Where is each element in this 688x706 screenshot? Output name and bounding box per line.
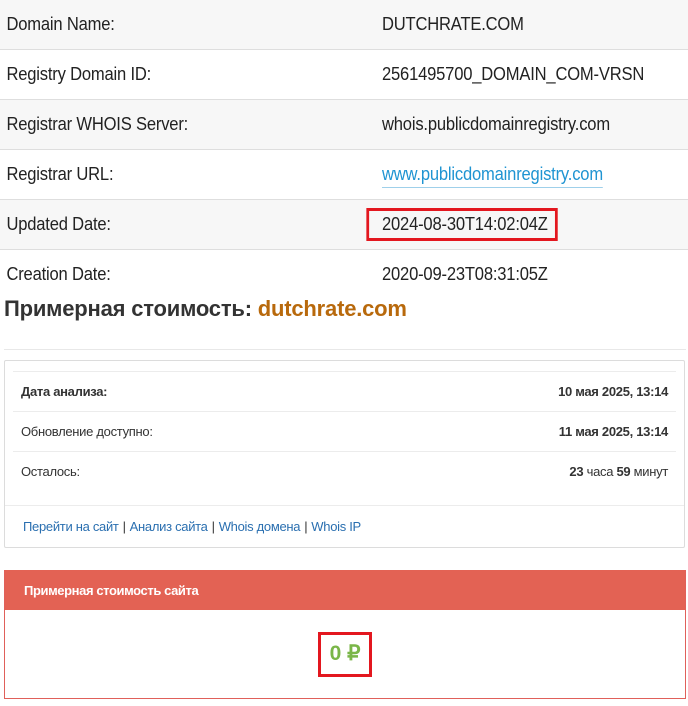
link-whois-domain[interactable]: Whois домена: [219, 519, 301, 534]
link-separator: |: [212, 519, 215, 534]
whois-label: Updated Date:: [0, 214, 351, 235]
analysis-value: 11 мая 2025, 13:14: [559, 424, 668, 439]
whois-label: Domain Name:: [0, 14, 351, 35]
remaining-minutes-unit: минут: [634, 464, 668, 479]
price-card: Примерная стоимость сайта 0 ₽: [4, 570, 686, 699]
analysis-table: Дата анализа: 10 мая 2025, 13:14 Обновле…: [13, 371, 676, 491]
analysis-label: Дата анализа:: [21, 384, 107, 399]
whois-value: 2024-08-30T14:02:04Z: [382, 211, 664, 238]
whois-value: 2020-09-23T08:31:05Z: [382, 264, 664, 285]
link-separator: |: [123, 519, 126, 534]
remaining-minutes: 59: [616, 464, 630, 479]
link-whois-ip[interactable]: Whois IP: [311, 519, 361, 534]
whois-table: Domain Name: DUTCHRATE.COM Registry Doma…: [0, 0, 688, 299]
whois-label: Creation Date:: [0, 264, 351, 285]
analysis-row-remaining: Осталось: 23 часа 59 минут: [13, 452, 676, 491]
whois-row-registry-domain-id: Registry Domain ID: 2561495700_DOMAIN_CO…: [0, 50, 688, 100]
whois-row-domain-name: Domain Name: DUTCHRATE.COM: [0, 0, 688, 50]
whois-row-updated-date: Updated Date: 2024-08-30T14:02:04Z: [0, 200, 688, 250]
title-prefix: Примерная стоимость:: [4, 296, 252, 321]
analysis-links: Перейти на сайт | Анализ сайта | Whois д…: [5, 505, 684, 547]
updated-date-highlight: 2024-08-30T14:02:04Z: [369, 211, 555, 238]
whois-value: 2561495700_DOMAIN_COM-VRSN: [382, 64, 664, 85]
price-value: 0 ₽: [321, 635, 370, 674]
link-site-analysis[interactable]: Анализ сайта: [130, 519, 208, 534]
remaining-hours: 23: [569, 464, 583, 479]
link-go-to-site[interactable]: Перейти на сайт: [23, 519, 119, 534]
whois-label: Registry Domain ID:: [0, 64, 351, 85]
whois-row-whois-server: Registrar WHOIS Server: whois.publicdoma…: [0, 100, 688, 150]
divider: [4, 349, 686, 350]
whois-row-creation-date: Creation Date: 2020-09-23T08:31:05Z: [0, 250, 688, 299]
remaining-hours-unit: часа: [587, 464, 614, 479]
registrar-url-link[interactable]: www.publicdomainregistry.com: [382, 164, 603, 188]
analysis-value: 10 мая 2025, 13:14: [558, 384, 668, 399]
link-separator: |: [304, 519, 307, 534]
page-title: Примерная стоимость: dutchrate.com: [4, 296, 407, 322]
analysis-card: Дата анализа: 10 мая 2025, 13:14 Обновле…: [4, 360, 685, 548]
whois-label: Registrar URL:: [0, 164, 351, 185]
whois-label: Registrar WHOIS Server:: [0, 114, 351, 135]
price-card-header: Примерная стоимость сайта: [5, 570, 685, 610]
title-domain: dutchrate.com: [258, 296, 407, 321]
analysis-label: Обновление доступно:: [21, 424, 153, 439]
analysis-label: Осталось:: [21, 464, 80, 479]
whois-value: www.publicdomainregistry.com: [382, 164, 664, 185]
price-card-body: 0 ₽: [5, 610, 685, 698]
whois-row-registrar-url: Registrar URL: www.publicdomainregistry.…: [0, 150, 688, 200]
analysis-value: 23 часа 59 минут: [569, 464, 668, 479]
analysis-row-update-available: Обновление доступно: 11 мая 2025, 13:14: [13, 412, 676, 452]
whois-value: DUTCHRATE.COM: [382, 14, 664, 35]
whois-value: whois.publicdomainregistry.com: [382, 114, 664, 135]
analysis-row-date: Дата анализа: 10 мая 2025, 13:14: [13, 372, 676, 412]
